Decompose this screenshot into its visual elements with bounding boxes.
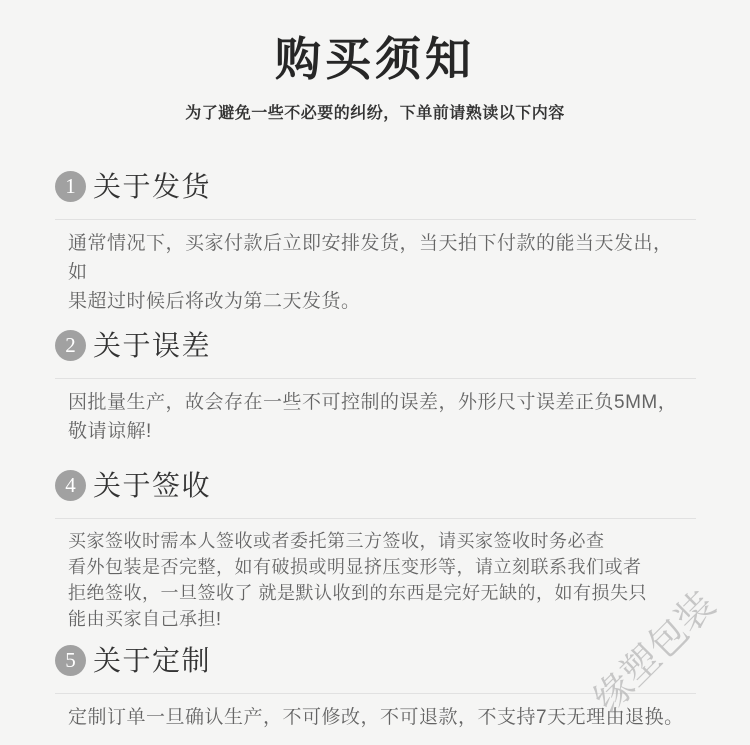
section-title: 关于定制 <box>93 647 211 675</box>
page-subtitle: 为了避免一些不必要的纠纷，下单前请熟读以下内容 <box>0 100 750 123</box>
section-body: 因批量生产，故会存在一些不可控制的误差，外形尺寸误差正负5MM， 敬请谅解! <box>68 388 688 446</box>
purchase-notice-page: 购买须知 为了避免一些不必要的纠纷，下单前请熟读以下内容 1 关于发货 通常情况… <box>0 0 750 745</box>
section-tolerance: 2 关于误差 因批量生产，故会存在一些不可控制的误差，外形尺寸误差正负5MM， … <box>55 330 710 446</box>
page-header: 购买须知 为了避免一些不必要的纠纷，下单前请熟读以下内容 <box>0 0 750 123</box>
section-body: 买家签收时需本人签收或者委托第三方签收，请买家签收时务必查 看外包装是否完整，如… <box>68 528 688 632</box>
notice-sections: 1 关于发货 通常情况下，买家付款后立即安排发货，当天拍下付款的能当天发出，如 … <box>0 171 750 732</box>
section-title: 关于签收 <box>93 472 211 500</box>
section-divider <box>55 378 696 379</box>
section-body: 通常情况下，买家付款后立即安排发货，当天拍下付款的能当天发出，如 果超过时候后将… <box>68 229 688 316</box>
number-badge: 4 <box>55 470 86 501</box>
number-badge-text: 1 <box>65 174 76 199</box>
number-badge-text: 4 <box>65 473 76 498</box>
number-badge: 5 <box>55 645 86 676</box>
section-heading-row: 2 关于误差 <box>55 330 710 362</box>
section-heading-row: 5 关于定制 <box>55 645 710 677</box>
section-shipping: 1 关于发货 通常情况下，买家付款后立即安排发货，当天拍下付款的能当天发出，如 … <box>55 171 710 316</box>
section-title: 关于误差 <box>93 332 211 360</box>
number-badge: 2 <box>55 330 86 361</box>
section-customization: 5 关于定制 定制订单一旦确认生产，不可修改，不可退款，不支持7天无理由退换。 <box>55 645 710 732</box>
section-title: 关于发货 <box>93 173 211 201</box>
number-badge-text: 2 <box>65 333 76 358</box>
section-divider <box>55 518 696 519</box>
number-badge-text: 5 <box>65 648 76 673</box>
section-sign-for-delivery: 4 关于签收 买家签收时需本人签收或者委托第三方签收，请买家签收时务必查 看外包… <box>55 470 710 632</box>
section-divider <box>55 693 696 694</box>
section-heading-row: 4 关于签收 <box>55 470 710 502</box>
section-body: 定制订单一旦确认生产，不可修改，不可退款，不支持7天无理由退换。 <box>68 703 688 732</box>
section-divider <box>55 219 696 220</box>
number-badge: 1 <box>55 171 86 202</box>
page-title: 购买须知 <box>0 34 750 87</box>
section-heading-row: 1 关于发货 <box>55 171 710 203</box>
